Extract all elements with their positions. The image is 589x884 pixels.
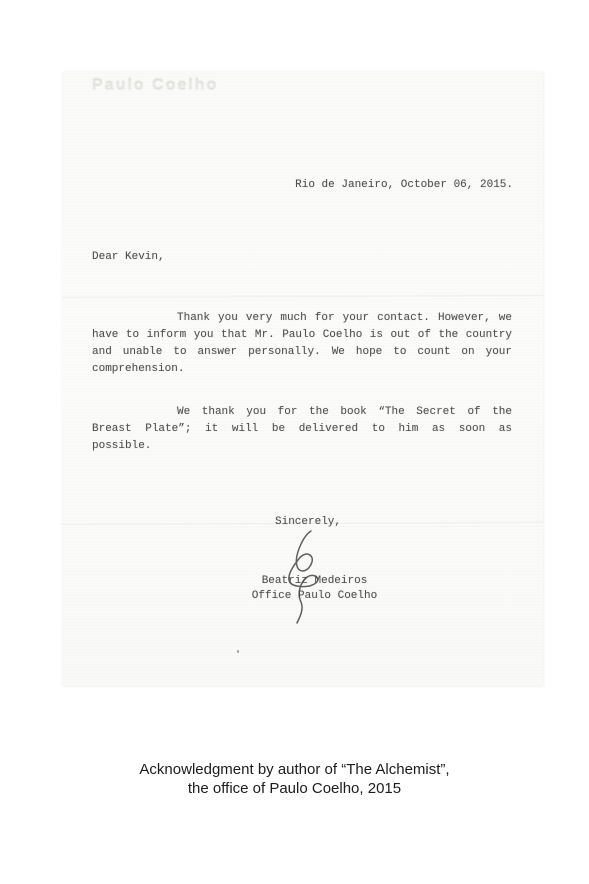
body-line: comprehension. xyxy=(92,361,512,378)
body-line: Thank you very much for your contact. Ho… xyxy=(92,310,512,327)
body-line: and unable to answer personally. We hope… xyxy=(92,344,512,361)
handwritten-signature xyxy=(283,528,331,628)
body-line: We thank you for the book “The Secret of… xyxy=(92,404,512,421)
salutation: Dear Kevin, xyxy=(92,249,165,266)
body-line: Breast Plate”; it will be delivered to h… xyxy=(92,421,512,438)
date-line: Rio de Janeiro, October 06, 2015. xyxy=(295,177,513,194)
body-paragraph-2: We thank you for the book “The Secret of… xyxy=(92,404,512,455)
body-line: have to inform you that Mr. Paulo Coelho… xyxy=(92,327,512,344)
body-paragraph-1: Thank you very much for your contact. Ho… xyxy=(92,310,512,378)
scanned-letter: Paulo Coelho Rio de Janeiro, October 06,… xyxy=(62,72,543,686)
fold-crease xyxy=(62,294,543,301)
figure-caption-line-2: the office of Paulo Coelho, 2015 xyxy=(0,779,589,798)
body-line: possible. xyxy=(92,438,512,455)
page-background: Paulo Coelho Rio de Janeiro, October 06,… xyxy=(0,0,589,884)
figure-caption-line-1: Acknowledgment by author of “The Alchemi… xyxy=(0,760,589,779)
letterhead-embossed: Paulo Coelho xyxy=(92,77,218,95)
figure-caption: Acknowledgment by author of “The Alchemi… xyxy=(0,760,589,798)
scan-speck xyxy=(237,650,239,653)
